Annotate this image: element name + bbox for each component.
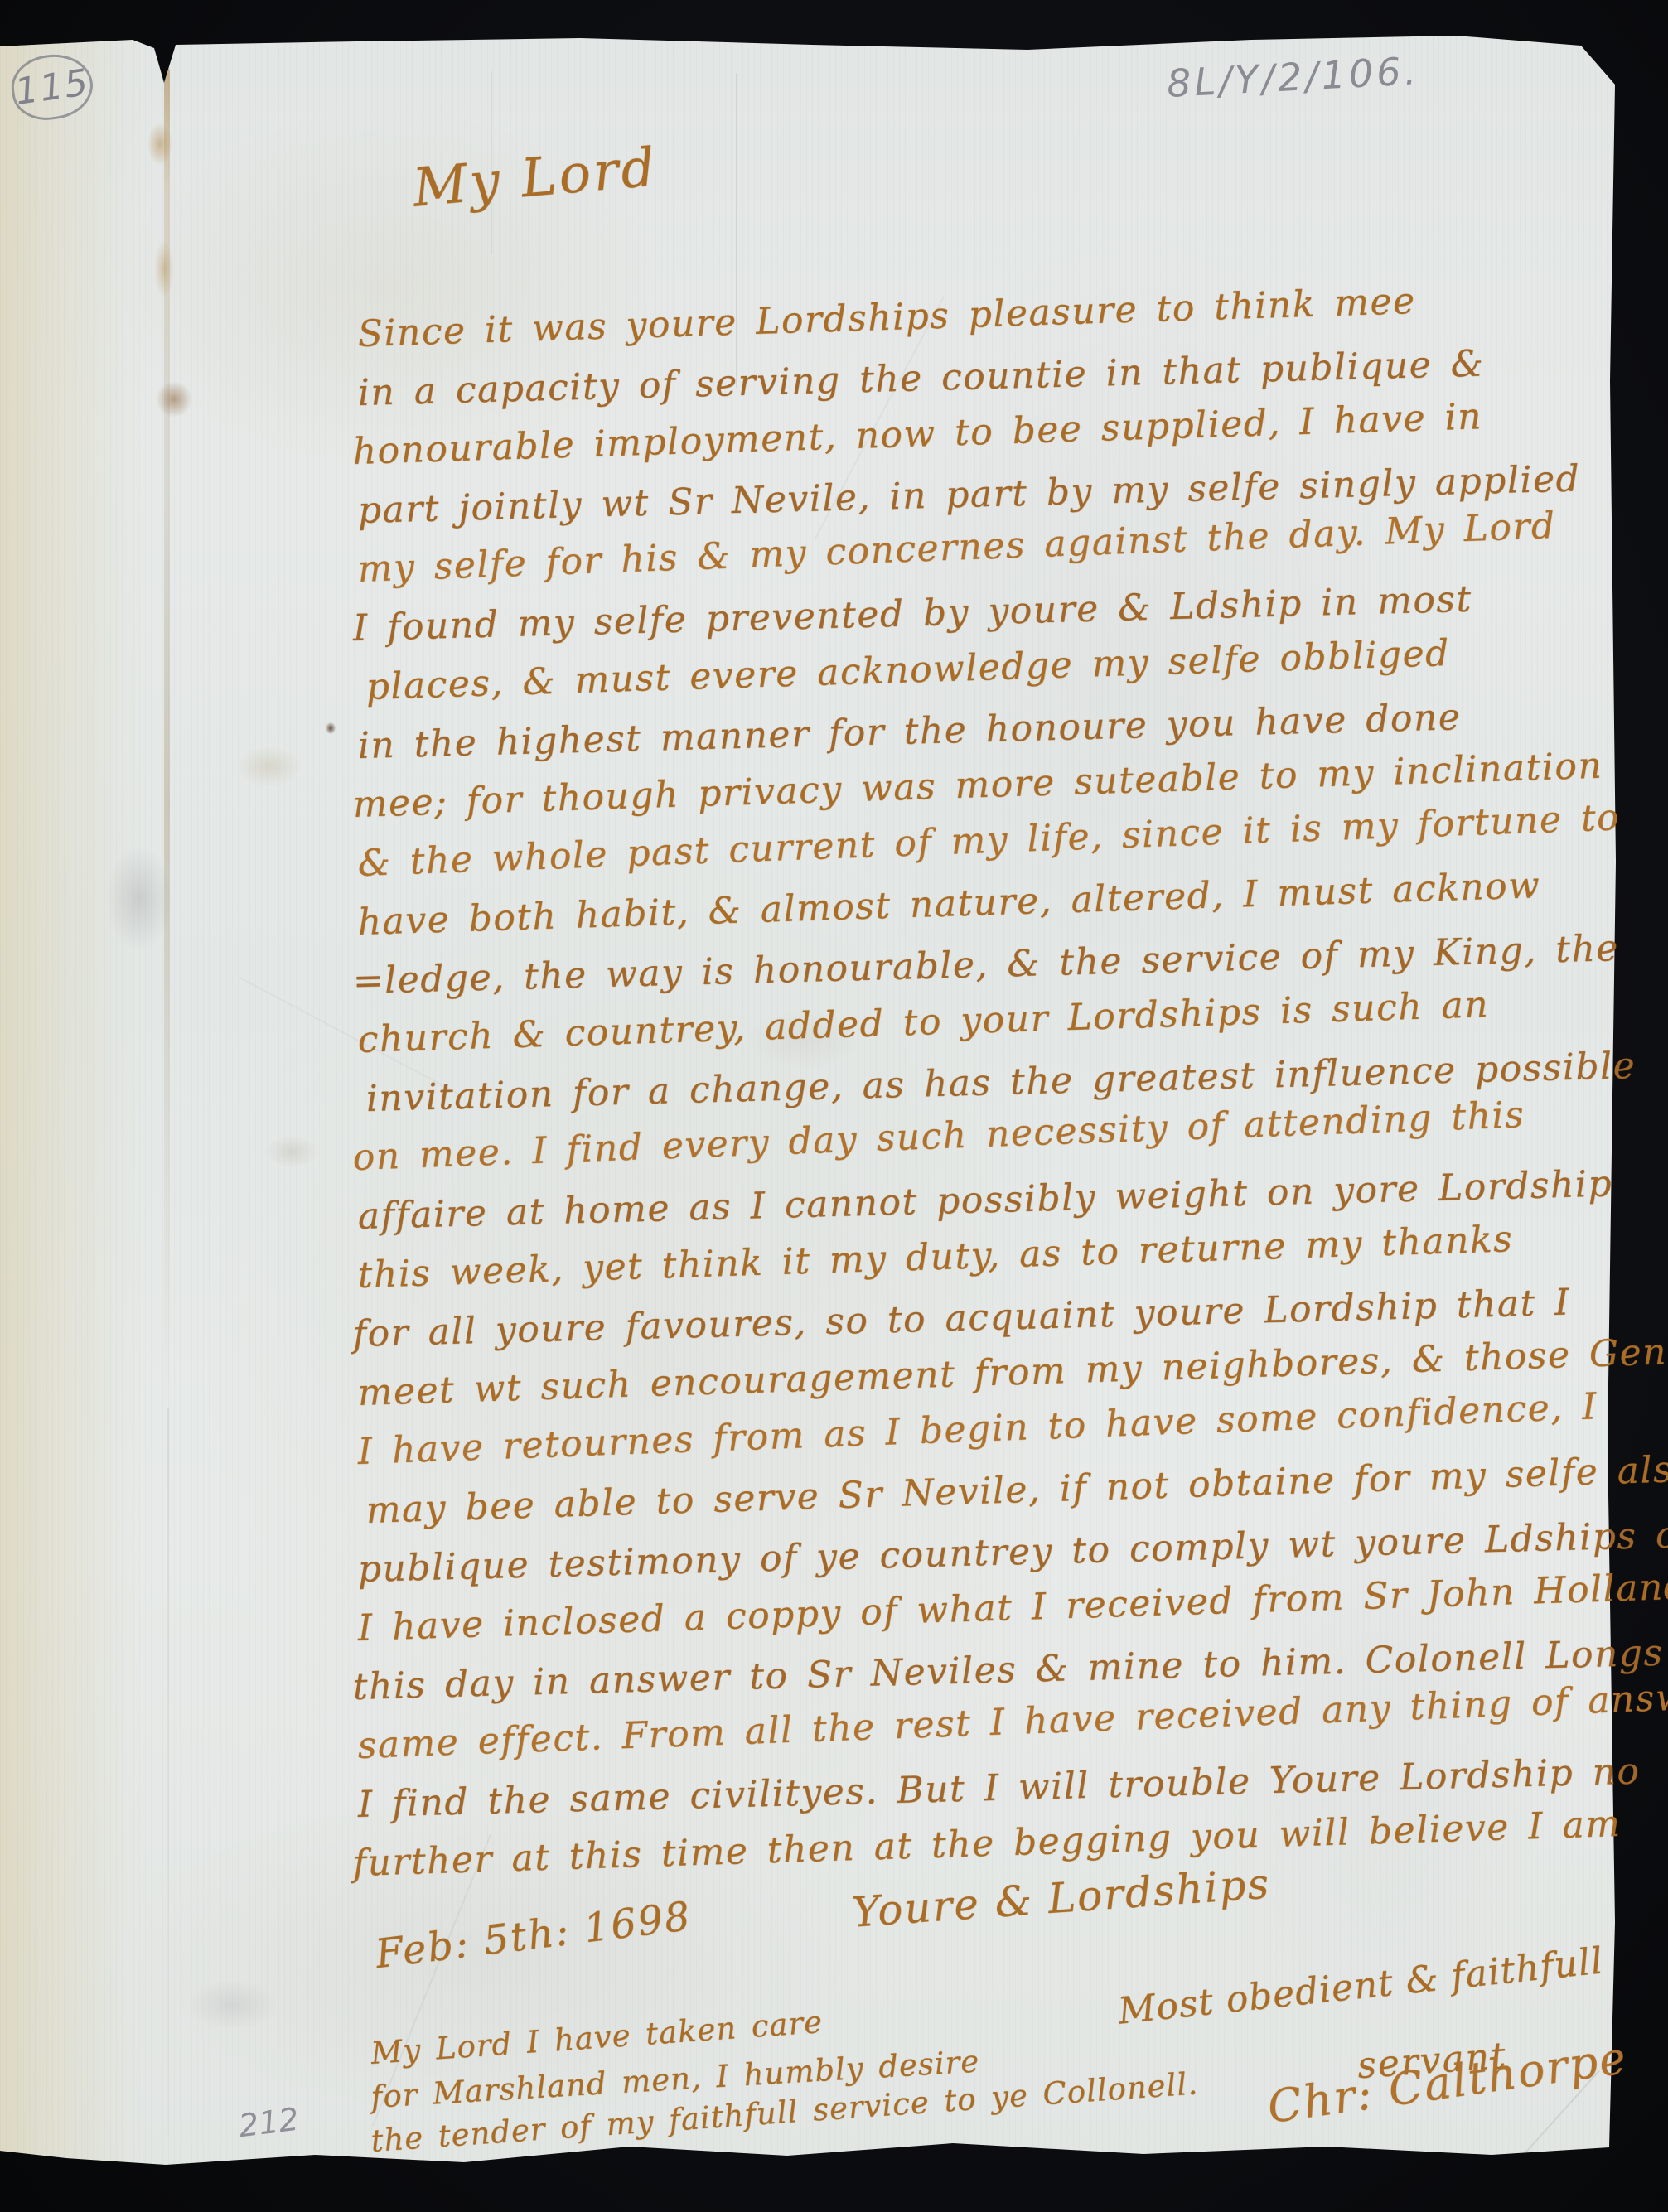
pencil-folio-number: 212: [237, 2101, 301, 2145]
postscript: My Lord I have taken carefor Marshland m…: [371, 2031, 1283, 2163]
ink-blot: [326, 722, 336, 734]
letter-body: Since it was youre Lordships pleasure to…: [358, 305, 1626, 1893]
stain: [265, 1135, 318, 1168]
vertical-fold-crease-lower: [167, 1408, 169, 2137]
stain: [156, 381, 192, 418]
stain: [106, 845, 172, 953]
stain: [186, 1980, 278, 2030]
stain: [236, 746, 302, 787]
scan-backdrop: 115 8L/Y/2/106. 212 My Lord Since it was…: [0, 0, 1668, 2212]
vertical-fold-crease: [164, 68, 170, 1410]
